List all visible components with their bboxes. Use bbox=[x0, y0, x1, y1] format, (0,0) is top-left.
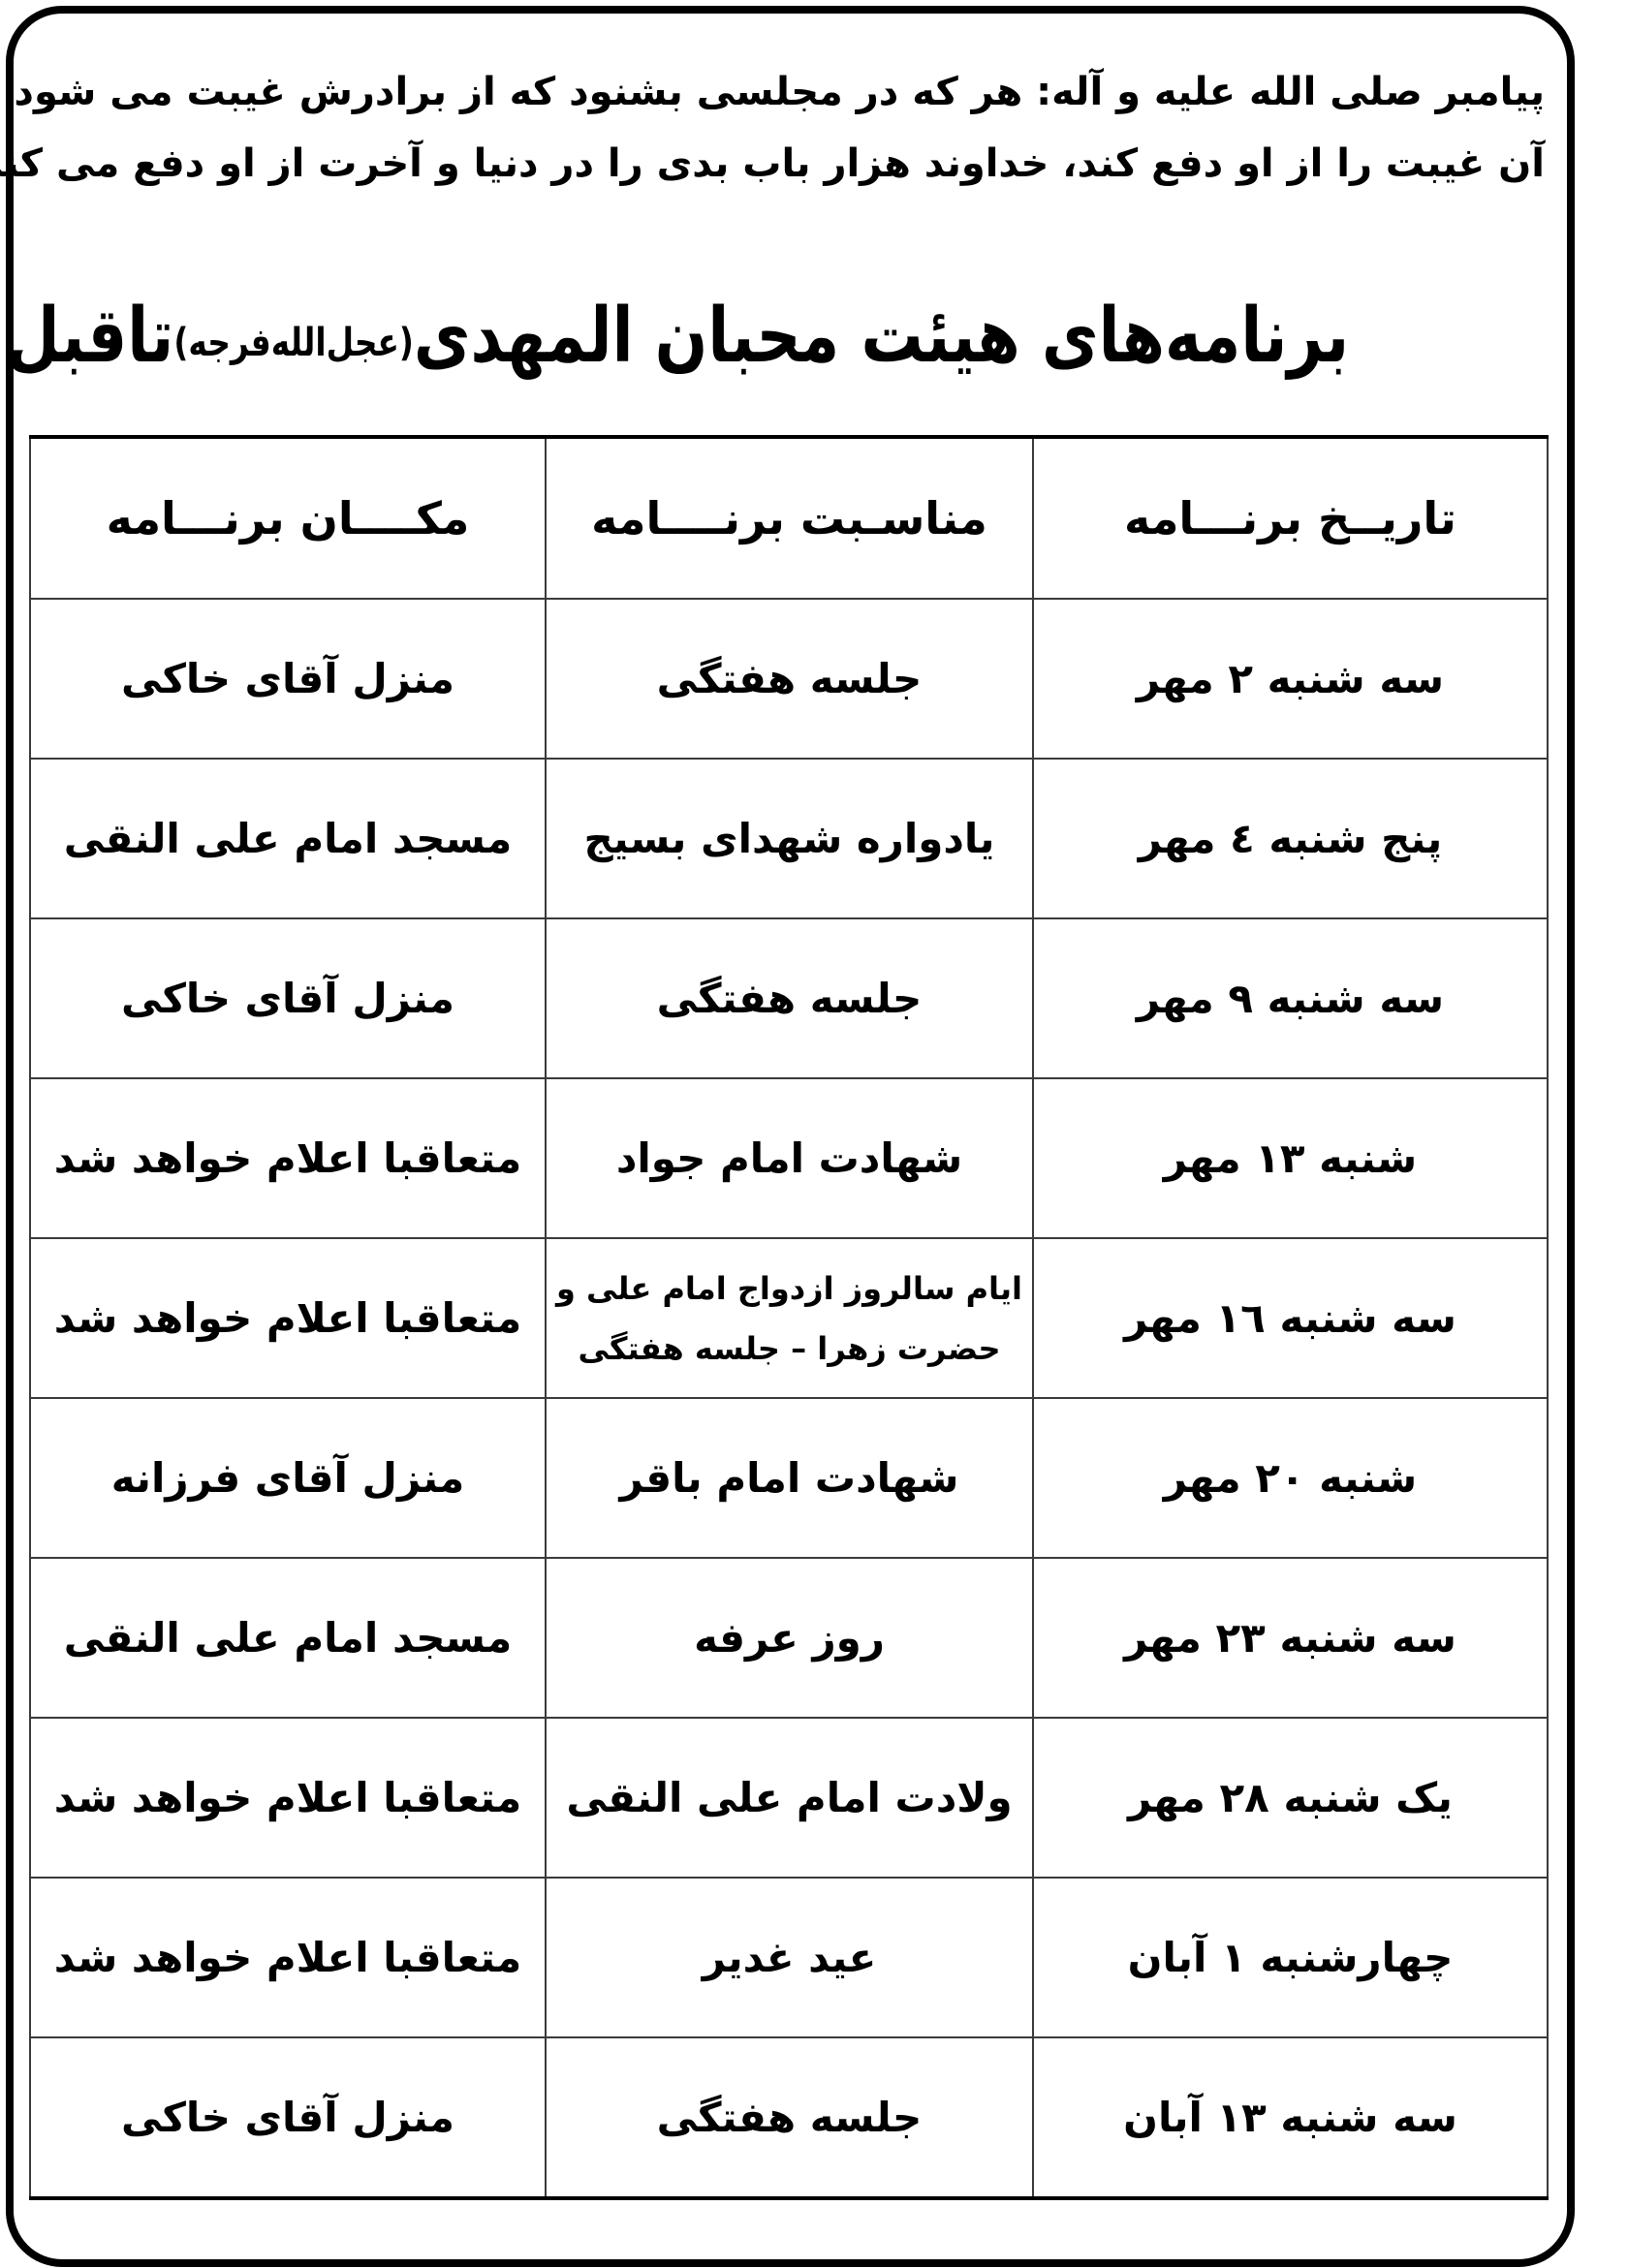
table-row: سه شنبه ۲۳ مهر روز عرفه مسجد امام علی ال… bbox=[30, 1558, 1548, 1718]
cell-place: منزل آقای خاکی bbox=[30, 599, 546, 759]
quote-line-2: آن غیبت را از او دفع کند، خداوند هزار با… bbox=[97, 128, 1545, 200]
cell-date: پنج شنبه ٤ مهر bbox=[1033, 759, 1548, 918]
table-row: سه شنبه ۱۳ آبان جلسه هفتگی منزل آقای خاک… bbox=[30, 2037, 1548, 2198]
cell-place: منزل آقای فرزانه bbox=[30, 1398, 546, 1558]
cell-occasion-line-1: ایام سالروز ازدواج امام علی و bbox=[554, 1258, 1024, 1319]
cell-place: متعاقبا اعلام خواهد شد bbox=[30, 1078, 546, 1238]
cell-date: شنبه ۲۰ مهر bbox=[1033, 1398, 1548, 1558]
cell-date: سه شنبه ١٦ مهر bbox=[1033, 1238, 1548, 1398]
cell-occasion: جلسه هفتگی bbox=[546, 2037, 1033, 2198]
cell-occasion: جلسه هفتگی bbox=[546, 918, 1033, 1078]
schedule-table: تاریــخ برنـــامه مناسـبت برنــــامه مکـ… bbox=[29, 435, 1549, 2200]
header-place: مکــــان برنـــامه bbox=[30, 437, 546, 599]
cell-occasion: ولادت امام علی النقی bbox=[546, 1718, 1033, 1878]
table-row: شنبه ۲۰ مهر شهادت امام باقر منزل آقای فر… bbox=[30, 1398, 1548, 1558]
cell-occasion: یادواره شهدای بسیج bbox=[546, 759, 1033, 918]
cell-occasion-line-2: حضرت زهرا – جلسه هفتگی bbox=[554, 1319, 1024, 1379]
cell-place: مسجد امام علی النقی bbox=[30, 1558, 546, 1718]
table-row: سه شنبه ۹ مهر جلسه هفتگی منزل آقای خاکی bbox=[30, 918, 1548, 1078]
title-main: برنامه‌های هیئت محبان المهدی bbox=[414, 293, 1349, 380]
cell-occasion: عید غدیر bbox=[546, 1878, 1033, 2037]
cell-place: متعاقبا اعلام خواهد شد bbox=[30, 1238, 546, 1398]
page-title: برنامه‌های هیئت محبان المهدی(عجل‌الله‌فر… bbox=[221, 283, 1349, 389]
table-row: سه شنبه ۲ مهر جلسه هفتگی منزل آقای خاکی bbox=[30, 599, 1548, 759]
cell-place: منزل آقای خاکی bbox=[30, 918, 546, 1078]
cell-place: مسجد امام علی النقی bbox=[30, 759, 546, 918]
cell-date: سه شنبه ۲۳ مهر bbox=[1033, 1558, 1548, 1718]
cell-occasion: ایام سالروز ازدواج امام علی و حضرت زهرا … bbox=[546, 1238, 1033, 1398]
cell-date: سه شنبه ۱۳ آبان bbox=[1033, 2037, 1548, 2198]
title-suffix: تاقبل از ماه محرم bbox=[0, 293, 173, 380]
cell-occasion: روز عرفه bbox=[546, 1558, 1033, 1718]
table-row: یک شنبه ۲۸ مهر ولادت امام علی النقی متعا… bbox=[30, 1718, 1548, 1878]
cell-date: شنبه ۱۳ مهر bbox=[1033, 1078, 1548, 1238]
hadith-quote: پیامبر صلی الله علیه و آله: هر که در مجل… bbox=[97, 56, 1545, 200]
table-row: شنبه ۱۳ مهر شهادت امام جواد متعاقبا اعلا… bbox=[30, 1078, 1548, 1238]
table-row: پنج شنبه ٤ مهر یادواره شهدای بسیج مسجد ا… bbox=[30, 759, 1548, 918]
cell-place: منزل آقای خاکی bbox=[30, 2037, 546, 2198]
cell-date: یک شنبه ۲۸ مهر bbox=[1033, 1718, 1548, 1878]
table-header-row: تاریــخ برنـــامه مناسـبت برنــــامه مکـ… bbox=[30, 437, 1548, 599]
cell-date: چهارشنبه ۱ آبان bbox=[1033, 1878, 1548, 2037]
table-row: سه شنبه ١٦ مهر ایام سالروز ازدواج امام ع… bbox=[30, 1238, 1548, 1398]
table-row: چهارشنبه ۱ آبان عید غدیر متعاقبا اعلام خ… bbox=[30, 1878, 1548, 2037]
header-occasion: مناسـبت برنــــامه bbox=[546, 437, 1033, 599]
title-honorific: (عجل‌الله‌فرجه) bbox=[173, 321, 414, 365]
header-date: تاریــخ برنـــامه bbox=[1033, 437, 1548, 599]
cell-date: سه شنبه ۲ مهر bbox=[1033, 599, 1548, 759]
cell-occasion: شهادت امام باقر bbox=[546, 1398, 1033, 1558]
cell-place: متعاقبا اعلام خواهد شد bbox=[30, 1718, 546, 1878]
cell-occasion: جلسه هفتگی bbox=[546, 599, 1033, 759]
cell-occasion: شهادت امام جواد bbox=[546, 1078, 1033, 1238]
cell-place: متعاقبا اعلام خواهد شد bbox=[30, 1878, 546, 2037]
quote-line-1: پیامبر صلی الله علیه و آله: هر که در مجل… bbox=[97, 56, 1545, 128]
cell-date: سه شنبه ۹ مهر bbox=[1033, 918, 1548, 1078]
